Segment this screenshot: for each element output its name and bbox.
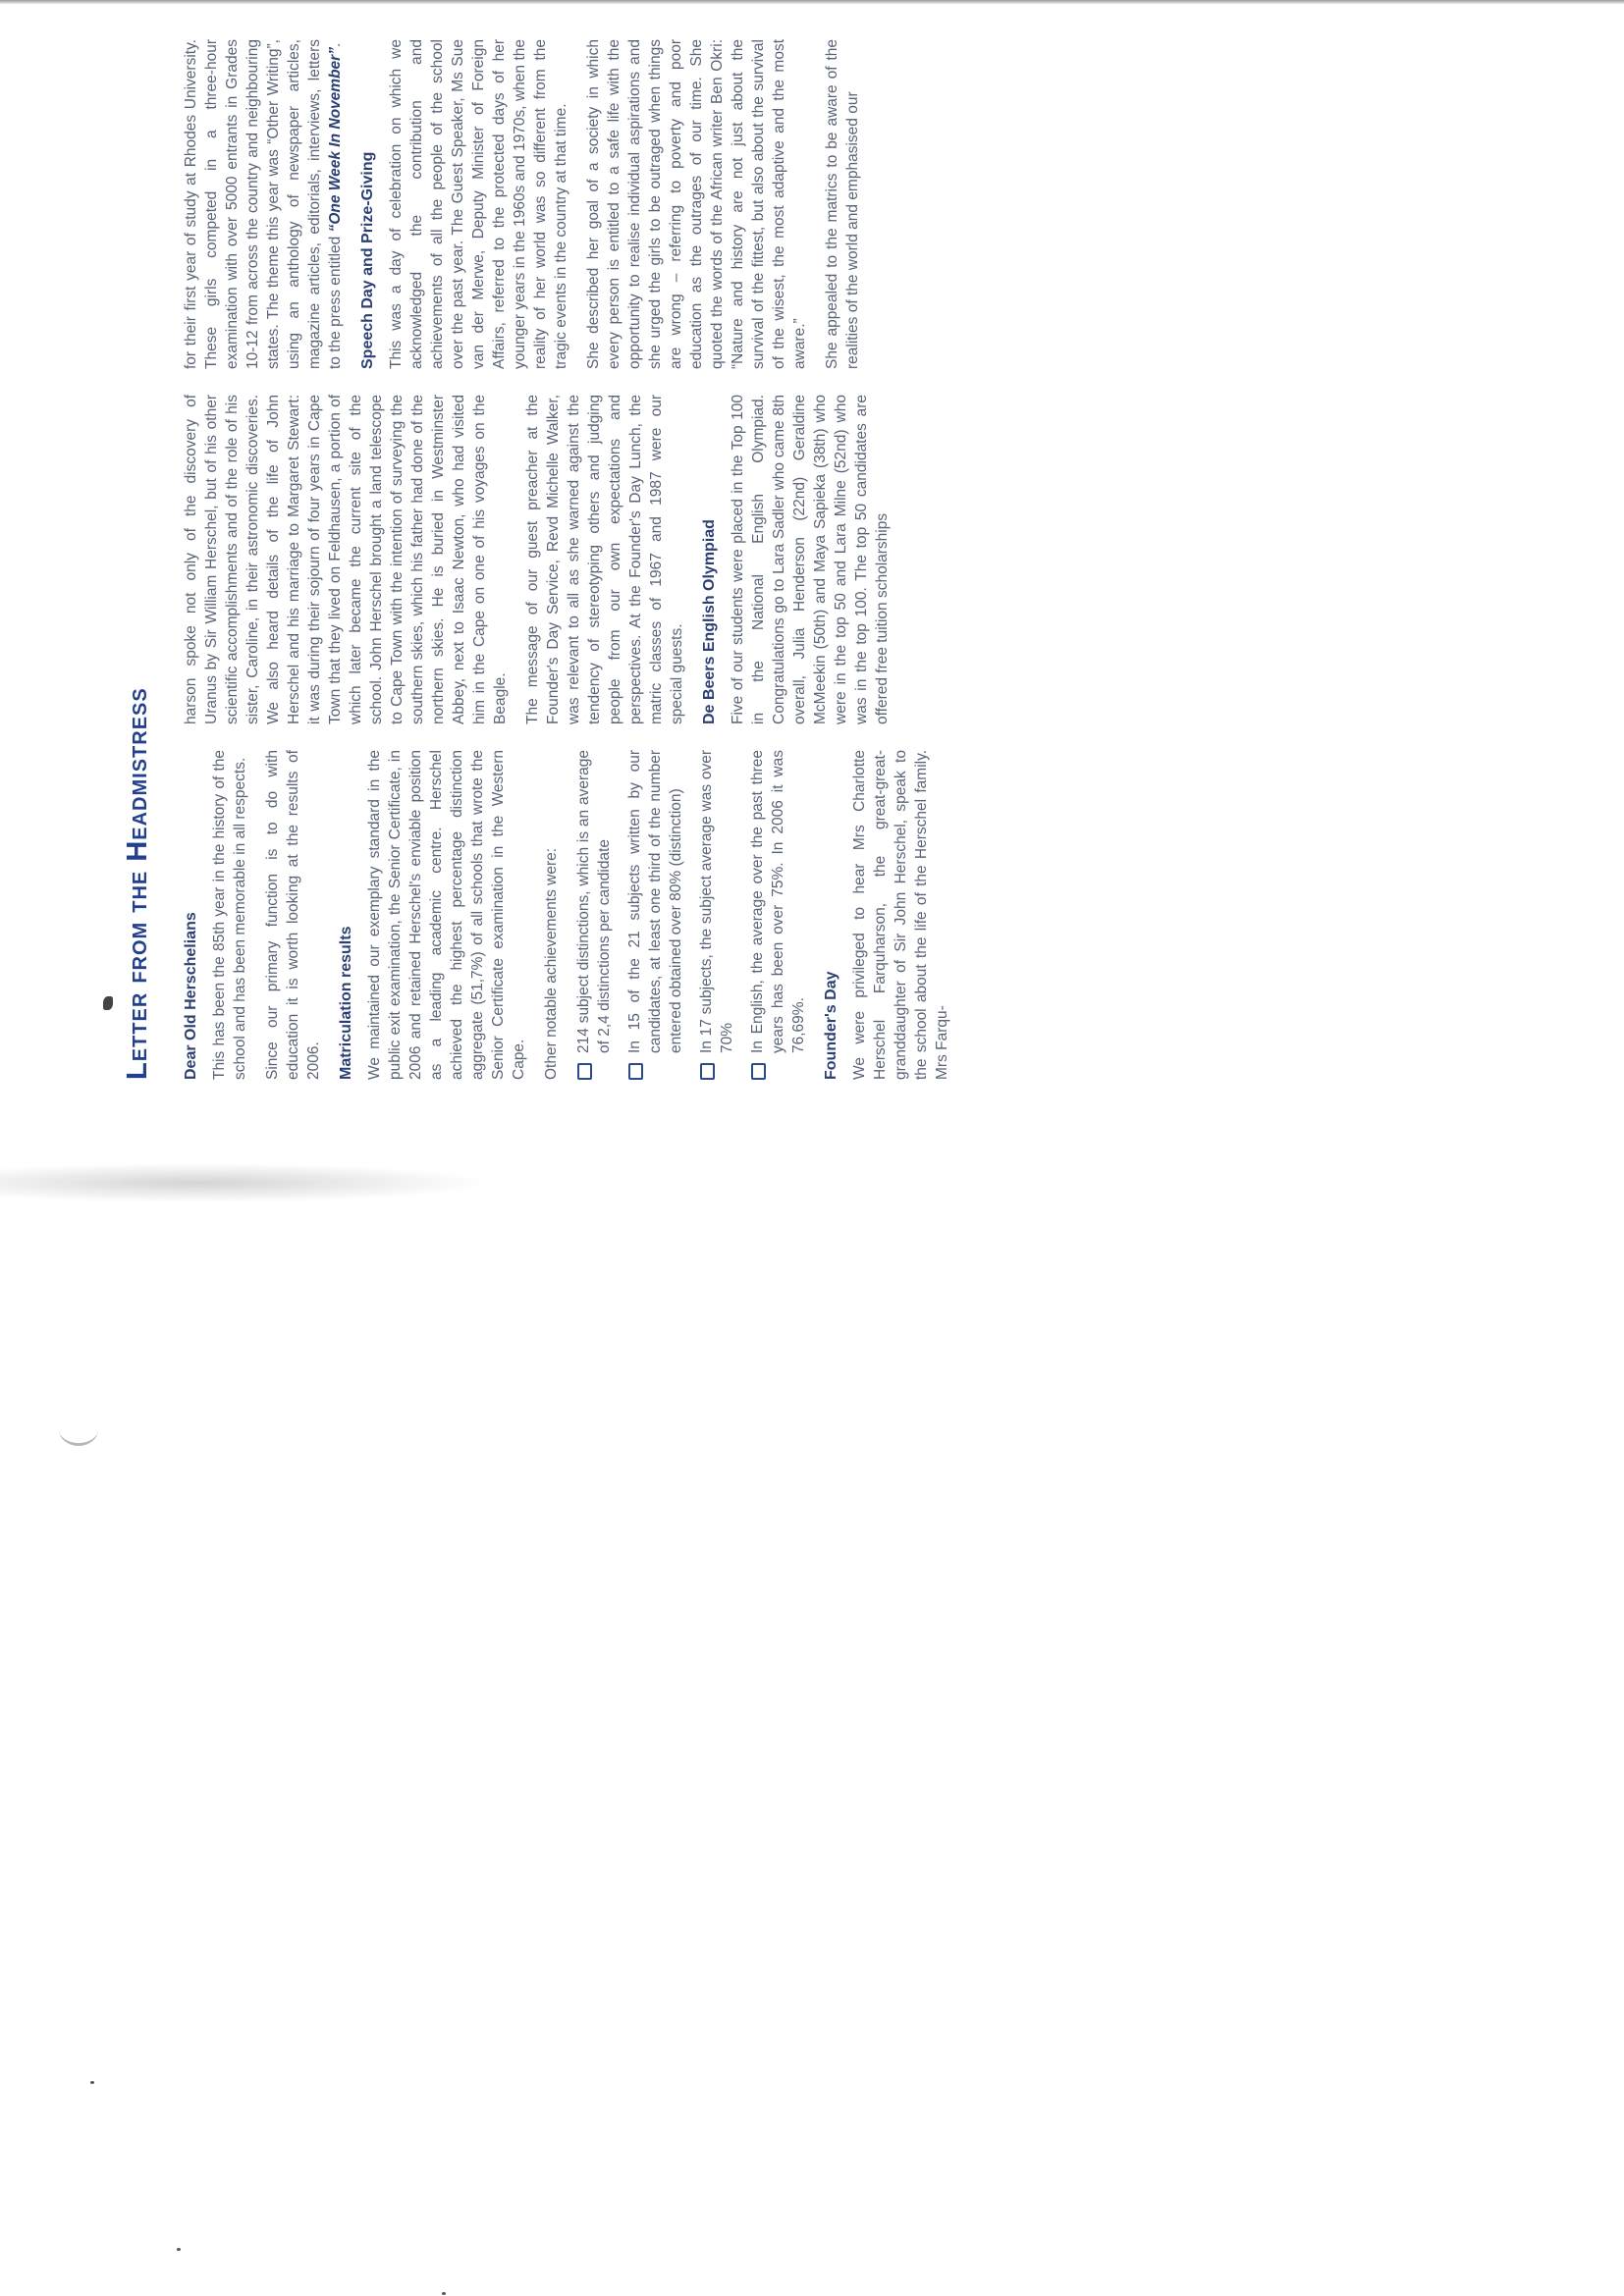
list-item-text: In English, the average over the past th…	[747, 750, 809, 1053]
paragraph: She described her goal of a society in w…	[583, 39, 810, 369]
section-heading: Founder's Day	[821, 750, 841, 1080]
section-heading: Matriculation results	[336, 750, 356, 1080]
list-item-text: In 17 subjects, the subject average was …	[696, 750, 737, 1053]
list-item: In 17 subjects, the subject average was …	[696, 750, 737, 1080]
paragraph: Five of our students were placed in the …	[728, 395, 893, 724]
paragraph: harson spoke not only of the discovery o…	[181, 395, 511, 724]
checkbox-outline-icon	[700, 1063, 715, 1080]
scan-speck	[177, 2248, 181, 2251]
list-item: 214 subject distinctions, which is an av…	[573, 750, 615, 1080]
paragraph: Other notable achievements were:	[541, 750, 562, 1080]
achievements-list: 214 subject distinctions, which is an av…	[573, 750, 809, 1080]
publication-title: “One Week In November”	[327, 47, 344, 232]
paragraph: We were privileged to hear Mrs Charlotte…	[849, 750, 952, 1080]
paragraph: for their first year of study at Rhodes …	[181, 39, 346, 369]
scan-edge	[0, 0, 1624, 4]
column-2: harson spoke not only of the discovery o…	[181, 395, 904, 724]
section-heading: De Beers English Olympiad	[699, 395, 720, 724]
page-title: Letter from the Headmistress	[128, 39, 181, 1080]
paragraph: We maintained our exemplary standard in …	[364, 750, 529, 1080]
paragraph-text: for their first year of study at Rhodes …	[183, 39, 344, 369]
paragraph: She appealed to the matrics to be aware …	[822, 39, 863, 369]
checkbox-outline-icon	[577, 1063, 592, 1080]
checkbox-outline-icon	[628, 1063, 643, 1080]
section-heading: Dear Old Herschelians	[181, 750, 201, 1080]
column-3: for their first year of study at Rhodes …	[181, 39, 875, 369]
scan-smudge	[103, 996, 113, 1010]
checkbox-outline-icon	[751, 1063, 766, 1080]
scan-speck	[442, 2292, 446, 2295]
list-item-text: In 15 of the 21 subjects written by our …	[624, 750, 686, 1053]
list-item: In English, the average over the past th…	[747, 750, 809, 1080]
paragraph: This has been the 85th year in the histo…	[209, 750, 250, 1080]
paragraph-tail: .	[327, 43, 344, 47]
scan-speck	[90, 2081, 94, 2084]
column-1: Dear Old Herschelians This has been the …	[181, 750, 964, 1080]
paragraph: Since our primary function is to do with…	[262, 750, 324, 1080]
list-item: In 15 of the 21 subjects written by our …	[624, 750, 686, 1080]
paragraph: This was a day of celebration on which w…	[386, 39, 571, 369]
article-columns: Dear Old Herschelians This has been the …	[181, 39, 964, 1080]
list-item-text: 214 subject distinctions, which is an av…	[573, 750, 615, 1053]
paragraph: The message of our guest preacher at the…	[522, 395, 687, 724]
rotated-page: Letter from the Headmistress Dear Old He…	[128, 39, 1434, 1080]
letter-article: Letter from the Headmistress Dear Old He…	[128, 39, 1434, 1080]
scan-crease-mark	[59, 1414, 98, 1446]
scan-fold-shadow	[0, 1163, 491, 1202]
section-heading: Speech Day and Prize-Giving	[357, 39, 378, 369]
